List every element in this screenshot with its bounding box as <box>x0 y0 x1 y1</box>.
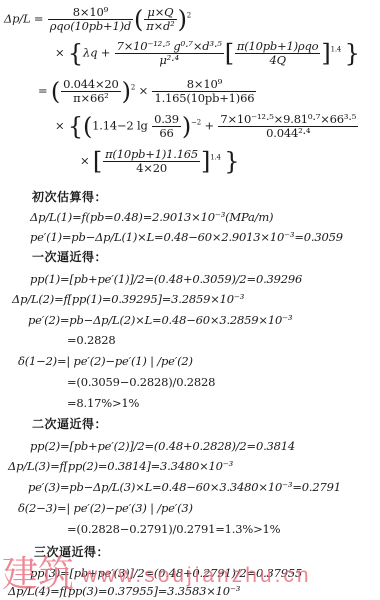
formula-line-2: × {λq + 7×10⁻¹²·⁵ g⁰·⁷×d³·⁵ μ²·⁴ [ π(10p… <box>55 40 360 67</box>
fraction: μ×Q π×d² <box>144 6 176 33</box>
calc-line: pp(3)=[pb+pe′(3)]/2=(0.48+0.2791)/2=0.37… <box>30 566 302 580</box>
calc-line: Δp/L(2)=f[pp(1)=0.39295]=3.2859×10⁻³ <box>12 292 244 306</box>
fraction: π(10pb+1)ρqo 4Q <box>235 40 321 67</box>
fraction: π(10pb+1)1.165 4×20 <box>103 148 200 175</box>
formula-line-5: × [ π(10pb+1)1.165 4×20 ]1.4 } <box>80 148 239 175</box>
calc-line: =0.2828 <box>67 333 115 347</box>
calc-line: pe′(3)=pb−Δp/L(3)×L=0.48−60×3.3480×10⁻³=… <box>28 480 341 494</box>
document-page: Δp/L = 8×10⁹ ρqo(10pb+1)d ( μ×Q π×d² )2 … <box>0 0 380 600</box>
section-heading: 二次逼近得： <box>32 417 107 431</box>
formula-line-1: Δp/L = 8×10⁹ ρqo(10pb+1)d ( μ×Q π×d² )2 <box>4 6 191 33</box>
fraction: 8×10⁹ 1.165(10pb+1)66 <box>152 78 256 105</box>
formula-line-3: = ( 0.044×20 π×66² )2 × 8×10⁹ 1.165(10pb… <box>38 78 257 105</box>
fraction: 0.044×20 π×66² <box>61 78 121 105</box>
calc-line: δ(1−2)=| pe′(2)−pe′(1) | /pe′(2) <box>18 354 193 368</box>
calc-line: pp(2)=[pb+pe′(2)]/2=(0.48+0.2828)/2=0.38… <box>30 439 295 453</box>
calc-line: δ(2−3)=| pe′(2)−pe′(3) | /pe′(3) <box>18 501 193 515</box>
calc-line: =(0.2828−0.2791)/0.2791=1.3%>1% <box>67 522 280 536</box>
fraction: 0.39 66 <box>152 113 181 140</box>
section-heading: 三次逼近得： <box>34 545 109 559</box>
formula-lhs: Δp/L <box>4 12 30 26</box>
calc-line: pe′(1)=pb−Δp/L(1)×L=0.48−60×2.9013×10⁻³=… <box>30 230 343 244</box>
fraction: 8×10⁹ ρqo(10pb+1)d <box>48 6 133 33</box>
calc-line: =(0.3059−0.2828)/0.2828 <box>67 375 215 389</box>
fraction: 7×10⁻¹²·⁵×9.81⁰·⁷×66³·⁵ 0.044²·⁴ <box>218 113 358 140</box>
calc-line: Δp/L(4)=f[pp(3)=0.37955]=3.3583×10⁻³ <box>8 584 240 598</box>
calc-line: pp(1)=[pb+pe′(1)]/2=(0.48+0.3059)/2=0.39… <box>30 272 302 286</box>
calc-line: Δp/L(1)=f(pb=0.48)=2.9013×10⁻³(MPa/m) <box>30 210 273 224</box>
section-heading: 一次逼近得： <box>32 250 107 264</box>
fraction: 7×10⁻¹²·⁵ g⁰·⁷×d³·⁵ μ²·⁴ <box>115 40 224 67</box>
calc-line: Δp/L(3)=f[pp(2)=0.3814]=3.3480×10⁻³ <box>8 459 233 473</box>
calc-line: pe′(2)=pb−Δp/L(2)×L=0.48−60×3.2859×10⁻³ <box>28 313 292 327</box>
formula-line-4: × {(1.14−2 lg 0.39 66 )−2 + 7×10⁻¹²·⁵×9.… <box>55 113 359 140</box>
calc-line: =8.17%>1% <box>67 396 139 410</box>
section-heading: 初次估算得： <box>32 190 107 204</box>
